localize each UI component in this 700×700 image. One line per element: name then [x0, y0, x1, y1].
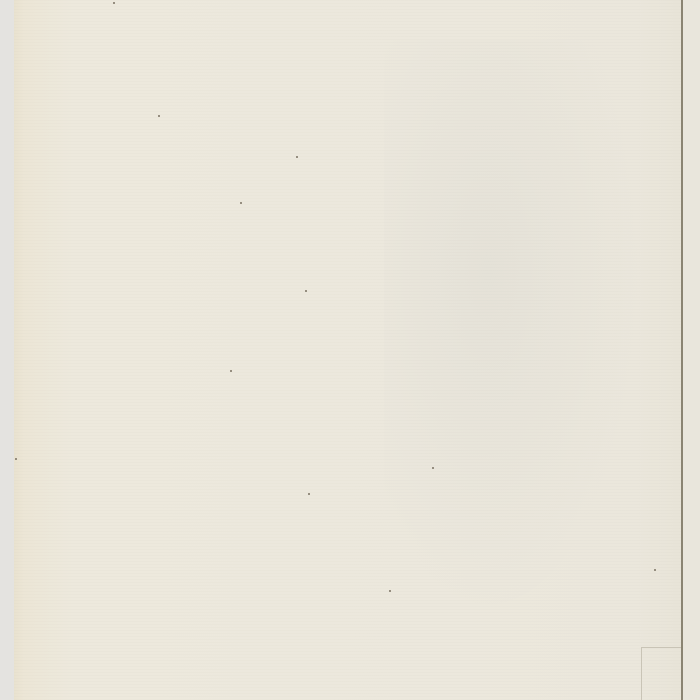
paper-speck [15, 458, 17, 460]
paper-speck [113, 2, 115, 4]
paper-speck [230, 370, 232, 372]
paper-speck [305, 290, 307, 292]
paper-speck [432, 467, 434, 469]
show-through-stain [384, 40, 644, 620]
scan-background-left [0, 0, 14, 700]
paper-speck [654, 569, 656, 571]
paper-speck [389, 590, 391, 592]
paper-speck [158, 115, 160, 117]
scan-background-right [683, 0, 700, 700]
paper-speck [308, 493, 310, 495]
paper-speck [240, 202, 242, 204]
paper-speck [296, 156, 298, 158]
page-corner-fold [641, 647, 681, 700]
blank-page [14, 0, 682, 700]
